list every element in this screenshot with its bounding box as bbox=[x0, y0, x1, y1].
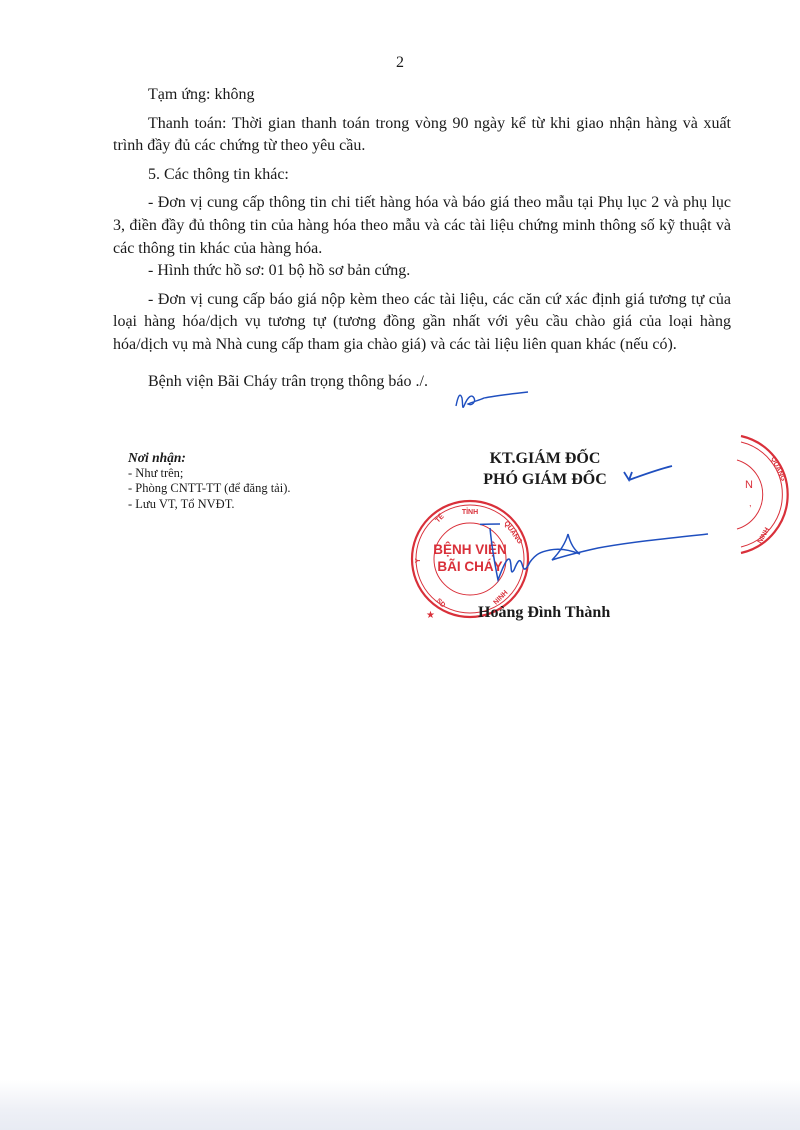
payment-terms-paragraph: Thanh toán: Thời gian thanh toán trong v… bbox=[113, 113, 731, 158]
recipients-title: Nơi nhận: bbox=[128, 450, 290, 466]
svg-text:Y: Y bbox=[415, 558, 422, 563]
info-bullet-3: - Đơn vị cung cấp báo giá nộp kèm theo c… bbox=[113, 289, 731, 357]
page-number: 2 bbox=[0, 54, 800, 72]
svg-text:★: ★ bbox=[426, 610, 435, 621]
svg-text:N: N bbox=[745, 479, 753, 491]
recipient-item: - Như trên; bbox=[128, 466, 290, 482]
section-5-heading: 5. Các thông tin khác: bbox=[113, 164, 731, 187]
recipients-block: Nơi nhận: - Như trên; - Phòng CNTT-TT (đ… bbox=[128, 450, 290, 512]
recipient-item: - Phòng CNTT-TT (để đăng tải). bbox=[128, 481, 290, 497]
partial-side-stamp: QUẢNG NINH N , bbox=[735, 432, 800, 557]
svg-text:QUẢNG: QUẢNG bbox=[769, 455, 788, 483]
recipient-item: - Lưu VT, Tổ NVĐT. bbox=[128, 497, 290, 513]
svg-text:TỈNH: TỈNH bbox=[462, 507, 478, 516]
svg-text:,: , bbox=[749, 498, 752, 508]
closing-statement: Bệnh viện Bãi Cháy trân trọng thông báo … bbox=[113, 371, 731, 394]
signer-name: Hoàng Đình Thành bbox=[478, 604, 610, 622]
initials-signature bbox=[450, 384, 530, 414]
handwritten-signature bbox=[480, 520, 710, 590]
document-body: Tạm ứng: không Thanh toán: Thời gian tha… bbox=[113, 84, 731, 393]
approval-tick-mark bbox=[620, 462, 675, 486]
page-bottom-shadow bbox=[0, 1080, 800, 1130]
info-bullet-1: - Đơn vị cung cấp thông tin chi tiết hàn… bbox=[113, 192, 731, 260]
info-bullet-2: - Hình thức hồ sơ: 01 bộ hồ sơ bản cứng. bbox=[113, 260, 731, 283]
svg-text:NINH: NINH bbox=[757, 527, 772, 545]
advance-payment-line: Tạm ứng: không bbox=[113, 84, 731, 107]
